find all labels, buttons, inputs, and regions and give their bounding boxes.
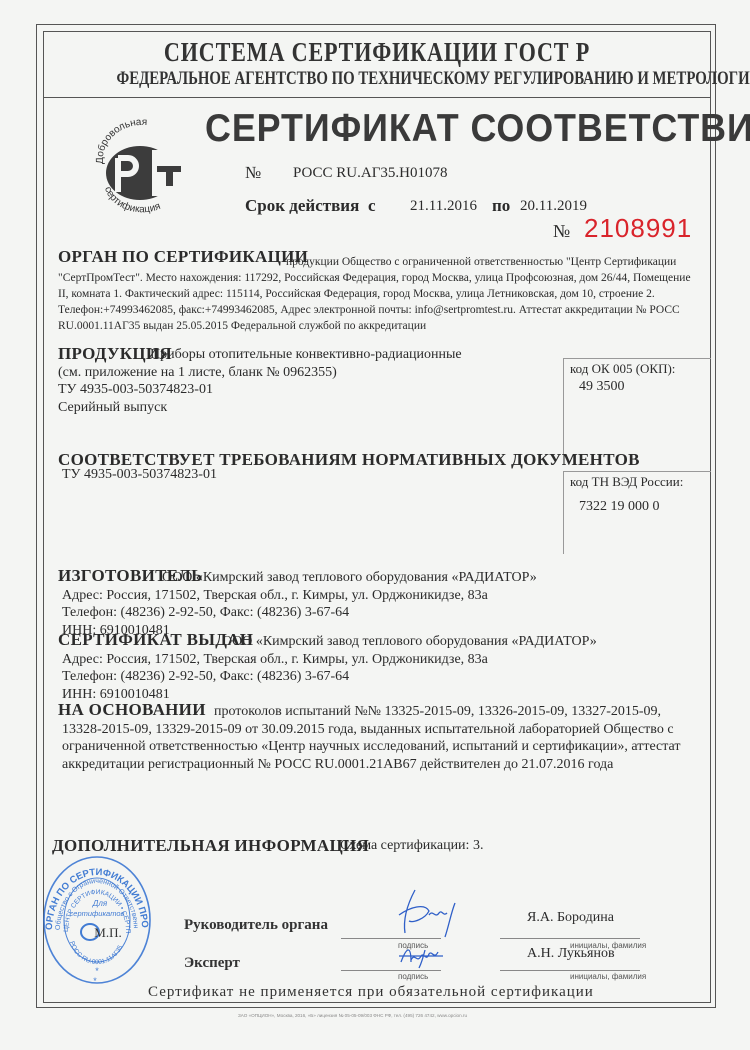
basis-details: протоколов испытаний №№ 13325-2015-09, 1… <box>62 703 702 773</box>
valid-from-date: 21.11.2016 <box>410 198 477 215</box>
head-name: Я.А. Бородина <box>527 910 614 926</box>
expert-signature-caption: подпись <box>398 972 428 981</box>
issued-to-address: Адрес: Россия, 171502, Тверская обл., г.… <box>62 652 488 667</box>
product-line-2: (см. приложение на 1 листе, бланк № 0962… <box>58 365 337 380</box>
basis-text: протоколов испытаний №№ 13325-2015-09, 1… <box>62 704 681 772</box>
certification-body-details: продукции Общество с ограниченной ответс… <box>58 256 691 332</box>
okp-code-label: код ОК 005 (ОКП): <box>564 359 711 377</box>
okp-code-value: 49 3500 <box>564 377 711 395</box>
issued-to-details: ООО «Кимрский завод теплового оборудован… <box>62 633 662 703</box>
valid-to-date: 20.11.2019 <box>520 198 587 215</box>
okp-code-box: код ОК 005 (ОКП): 49 3500 <box>563 358 711 454</box>
svg-text:*: * <box>93 976 97 986</box>
tnved-code-value: 7322 19 000 0 <box>564 490 711 515</box>
seal-mp-text: М.П. <box>94 925 121 940</box>
manufacturer-phone: Телефон: (48236) 2-92-50, Факс: (48236) … <box>62 605 349 620</box>
rst-voluntary-certification-logo-icon: Добровольная сертификация <box>85 118 195 218</box>
issued-to-name: ООО «Кимрский завод теплового оборудован… <box>222 634 597 649</box>
header-divider <box>43 97 711 98</box>
seal-reg-text: РОСС RU.0001.11АГ35 <box>68 940 124 966</box>
seal-center-top: Для <box>92 899 108 908</box>
certificate-number-label: № <box>245 163 261 183</box>
blank-number-label: № <box>553 221 570 242</box>
certificate-title: СЕРТИФИКАТ СООТВЕТСТВИЯ <box>205 107 750 151</box>
validity-label: Срок действия <box>245 196 359 216</box>
issued-to-phone: Телефон: (48236) 2-92-50, Факс: (48236) … <box>62 669 349 684</box>
product-line-1: Приборы отопительные конвективно-радиаци… <box>150 347 462 362</box>
expert-name-line <box>500 970 640 971</box>
head-role-label: Руководитель органа <box>184 917 328 934</box>
manufacturer-details: ООО «Кимрский завод теплового оборудован… <box>62 569 662 639</box>
expert-name-caption: инициалы, фамилия <box>570 972 646 981</box>
seal-center-bottom: сертификатов <box>70 909 125 918</box>
system-title: СИСТЕМА СЕРТИФИКАЦИИ ГОСТ Р <box>103 37 651 68</box>
certification-seal-icon: ОРГАН ПО СЕРТИФИКАЦИИ ПРОДУКЦИИ Общество… <box>38 850 156 990</box>
product-description: Приборы отопительные конвективно-радиаци… <box>58 346 508 416</box>
valid-from-label: с <box>368 196 376 216</box>
svg-text:*: * <box>95 966 99 976</box>
svg-text:РОСС RU.0001.11АГ35: РОСС RU.0001.11АГ35 <box>68 940 124 966</box>
product-line-3: ТУ 4935-003-50374823-01 <box>58 382 213 397</box>
head-signature-icon <box>385 885 475 945</box>
tnved-code-box: код ТН ВЭД России: 7322 19 000 0 <box>563 471 711 554</box>
printer-imprint: ЗАО «ОПЦИОН», Москва, 2016, «Б» лицензия… <box>238 1013 467 1018</box>
certificate-number: РОСС RU.АГ35.Н01078 <box>293 165 447 182</box>
blank-number: 2108991 <box>584 213 692 244</box>
product-line-4: Серийный выпуск <box>58 400 167 415</box>
expert-role-label: Эксперт <box>184 955 240 972</box>
expert-name: А.Н. Лукьянов <box>527 946 615 962</box>
certification-body-text: продукции Общество с ограниченной ответс… <box>58 254 698 334</box>
head-signature-caption: подпись <box>398 941 428 950</box>
tnved-code-label: код ТН ВЭД России: <box>564 472 711 490</box>
disclaimer-text: Сертификат не применяется при обязательн… <box>148 984 594 1001</box>
expert-signature-line <box>341 970 441 971</box>
valid-to-label: по <box>492 196 510 216</box>
manufacturer-address: Адрес: Россия, 171502, Тверская обл., г.… <box>62 588 488 603</box>
head-name-line <box>500 938 640 939</box>
agency-name: ФЕДЕРАЛЬНОЕ АГЕНТСТВО ПО ТЕХНИЧЕСКОМУ РЕ… <box>116 68 637 90</box>
additional-info-text: Схема сертификации: 3. <box>340 838 483 854</box>
compliance-document: ТУ 4935-003-50374823-01 <box>62 466 217 484</box>
manufacturer-name: ООО «Кимрский завод теплового оборудован… <box>162 570 537 585</box>
